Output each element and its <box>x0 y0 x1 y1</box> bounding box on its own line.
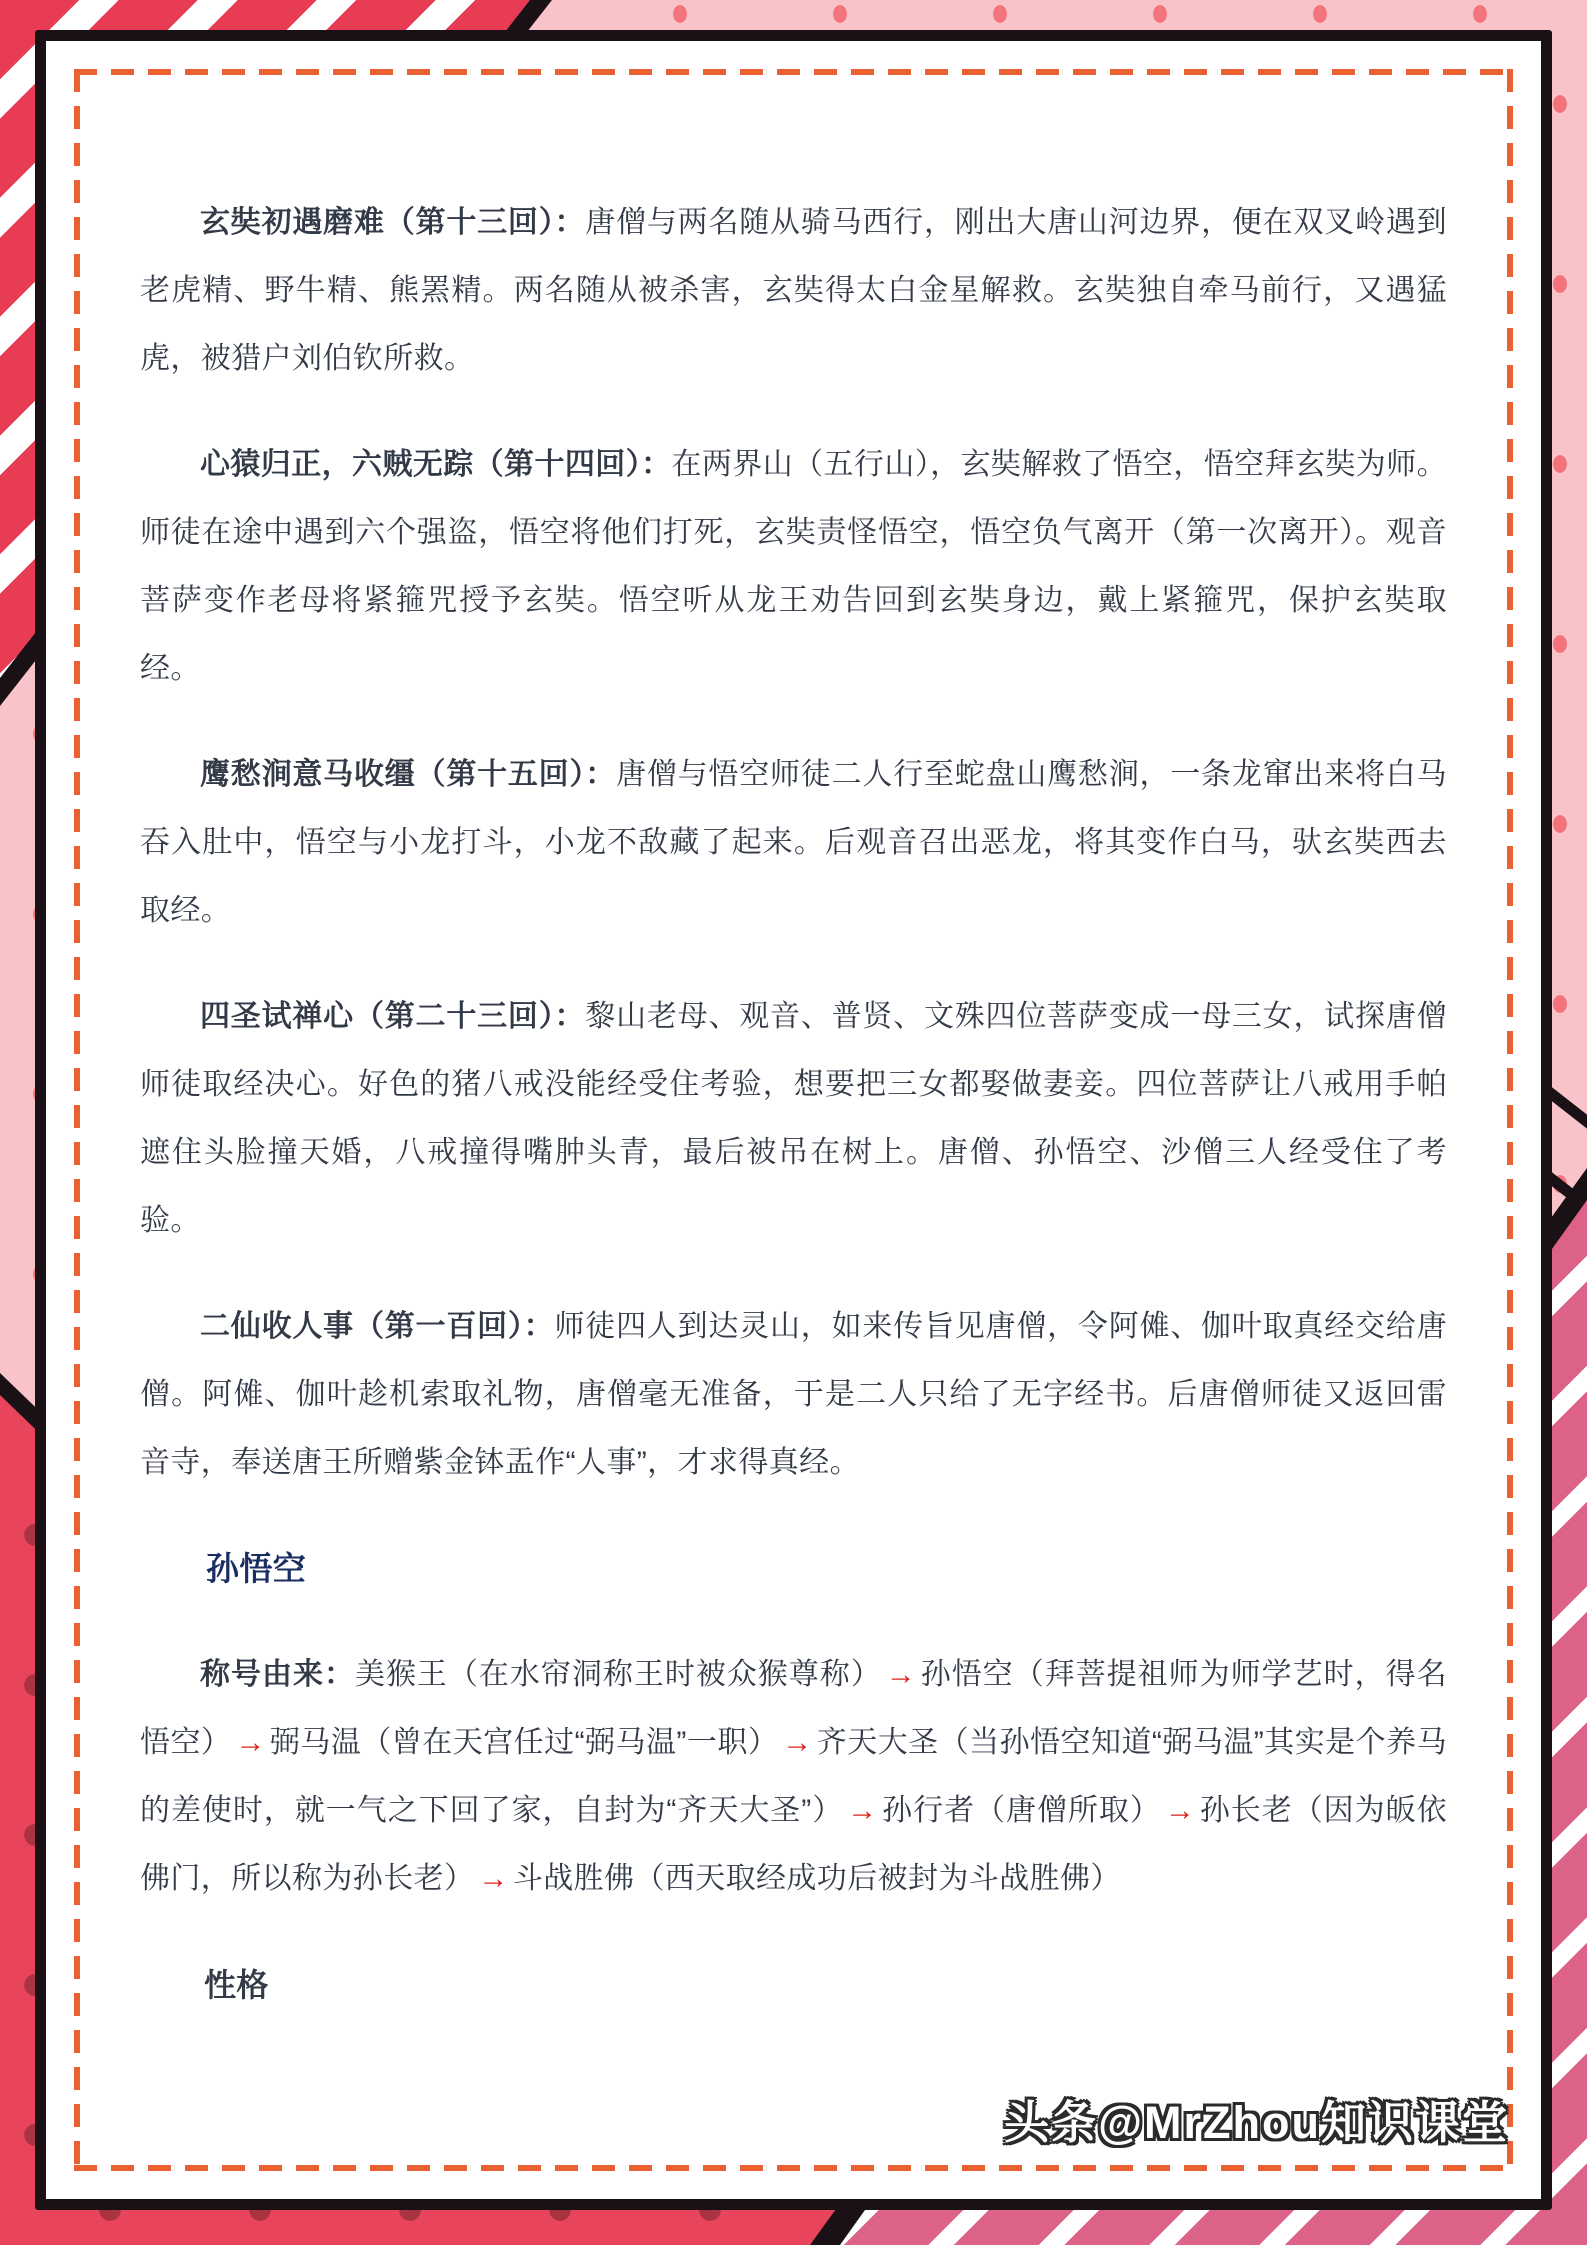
plot-title: 四圣试禅心（第二十三回）： <box>200 1000 585 1033</box>
plot-summary-list: 玄奘初遇磨难（第十三回）：唐僧与两名随从骑马西行，刚出大唐山河边界，便在双叉岭遇… <box>140 189 1447 1497</box>
arrow-right-icon: → <box>231 1726 269 1759</box>
subheading-personality: 性格 <box>140 1951 1447 2019</box>
poster-page: 玄奘初遇磨难（第十三回）：唐僧与两名随从骑马西行，刚出大唐山河边界，便在双叉岭遇… <box>0 0 1587 2245</box>
arrow-right-icon: → <box>474 1862 512 1895</box>
name-chain-label: 称号由来： <box>200 1658 355 1691</box>
plot-title: 玄奘初遇磨难（第十三回）： <box>200 206 585 239</box>
plot-title: 二仙收人事（第一百回）： <box>200 1310 554 1343</box>
plot-title: 鹰愁涧意马收缰（第十五回）： <box>200 758 616 791</box>
plot-paragraph: 鹰愁涧意马收缰（第十五回）：唐僧与悟空师徒二人行至蛇盘山鹰愁涧，一条龙窜出来将白… <box>140 741 1447 945</box>
plot-paragraph: 心猿归正，六贼无踪（第十四回）：在两界山（五行山），玄奘解救了悟空，悟空拜玄奘为… <box>140 431 1447 703</box>
plot-title: 心猿归正，六贼无踪（第十四回）： <box>200 448 671 481</box>
arrow-right-icon: → <box>1161 1794 1199 1827</box>
name-origin-paragraph: 称号由来：美猴王（在水帘洞称王时被众猴尊称）→孙悟空（拜菩提祖师为师学艺时，得名… <box>140 1641 1447 1913</box>
section-heading-sunwukong: 孙悟空 <box>140 1535 1447 1603</box>
content-card: 玄奘初遇磨难（第十三回）：唐僧与两名随从骑马西行，刚出大唐山河边界，便在双叉岭遇… <box>35 30 1552 2210</box>
document-content: 玄奘初遇磨难（第十三回）：唐僧与两名随从骑马西行，刚出大唐山河边界，便在双叉岭遇… <box>140 189 1447 2019</box>
plot-paragraph: 玄奘初遇磨难（第十三回）：唐僧与两名随从骑马西行，刚出大唐山河边界，便在双叉岭遇… <box>140 189 1447 393</box>
watermark: 头条@MrZhou知识课堂 <box>1004 2086 1509 2151</box>
arrow-right-icon: → <box>882 1658 920 1691</box>
plot-paragraph: 四圣试禅心（第二十三回）：黎山老母、观音、普贤、文殊四位菩萨变成一母三女，试探唐… <box>140 983 1447 1255</box>
arrow-right-icon: → <box>778 1726 816 1759</box>
plot-paragraph: 二仙收人事（第一百回）：师徒四人到达灵山，如来传旨见唐僧，令阿傩、伽叶取真经交给… <box>140 1293 1447 1497</box>
plot-body: 黎山老母、观音、普贤、文殊四位菩萨变成一母三女，试探唐僧师徒取经决心。好色的猪八… <box>140 1000 1447 1237</box>
arrow-right-icon: → <box>843 1794 881 1827</box>
plot-body: 在两界山（五行山），玄奘解救了悟空，悟空拜玄奘为师。师徒在途中遇到六个强盗，悟空… <box>140 448 1447 685</box>
